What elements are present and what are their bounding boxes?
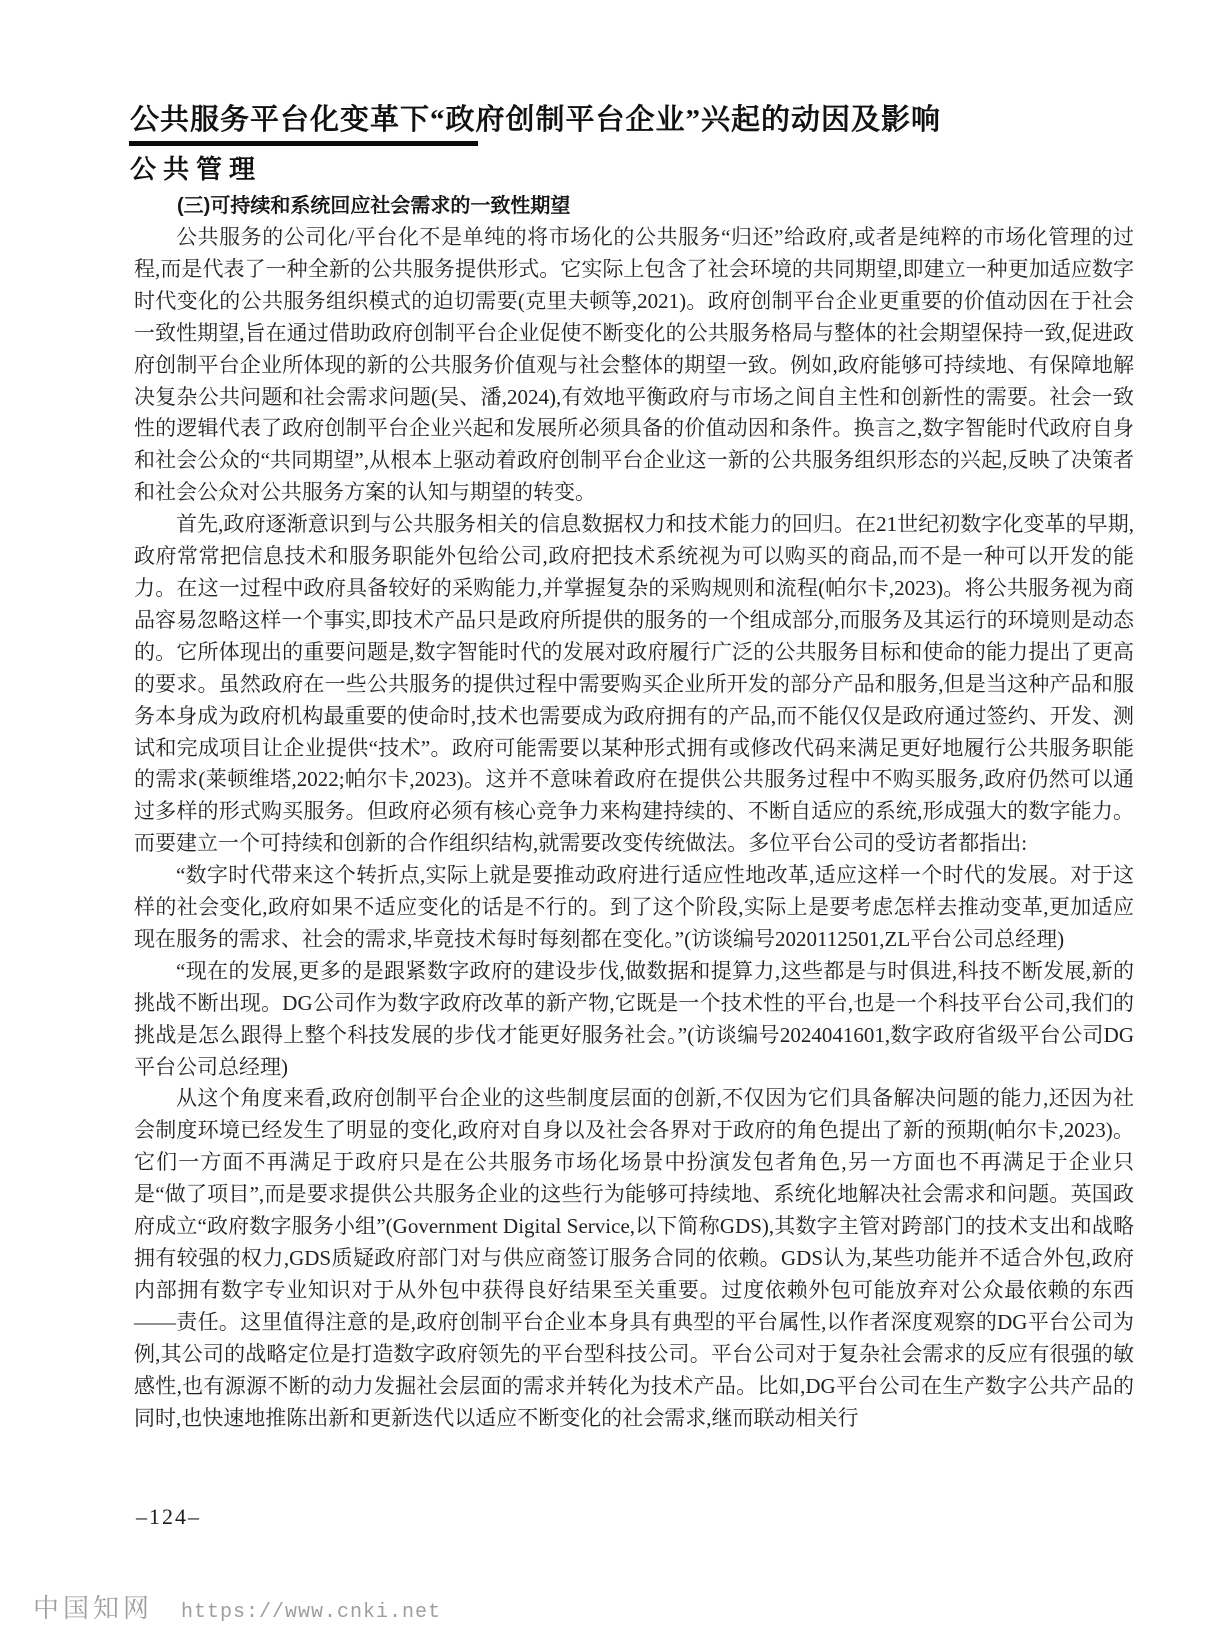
section-heading: (三)可持续和系统回应社会需求的一致性期望 — [177, 189, 570, 218]
cnki-site-name: 中国知网 — [33, 1588, 153, 1625]
page-number: –124– — [136, 1504, 201, 1530]
journal-name: 公共管理 — [130, 149, 262, 186]
title-underline — [129, 141, 478, 146]
quote-paragraph: “数字时代带来这个转折点,实际上就是要推动政府进行适应性地改革,适应这样一个时代… — [134, 860, 1134, 956]
cnki-site-url: https://www.cnki.net — [181, 1601, 441, 1624]
article-title: 公共服务平台化变革下“政府创制平台企业”兴起的动因及影响 — [130, 97, 941, 138]
paper-page: 公共服务平台化变革下“政府创制平台企业”兴起的动因及影响 公共管理 (三)可持续… — [0, 0, 1224, 1649]
cnki-watermark: 中国知网 https://www.cnki.net — [33, 1588, 441, 1625]
article-body: 公共服务的公司化/平台化不是单纯的将市场化的公共服务“归还”给政府,或者是纯粹的… — [134, 222, 1134, 1434]
body-paragraph: 公共服务的公司化/平台化不是单纯的将市场化的公共服务“归还”给政府,或者是纯粹的… — [134, 222, 1134, 509]
quote-paragraph: “现在的发展,更多的是跟紧数字政府的建设步伐,做数据和提算力,这些都是与时俱进,… — [134, 956, 1134, 1084]
body-paragraph: 从这个角度来看,政府创制平台企业的这些制度层面的创新,不仅因为它们具备解决问题的… — [134, 1083, 1134, 1434]
body-paragraph: 首先,政府逐渐意识到与公共服务相关的信息数据权力和技术能力的回归。在21世纪初数… — [134, 509, 1134, 860]
